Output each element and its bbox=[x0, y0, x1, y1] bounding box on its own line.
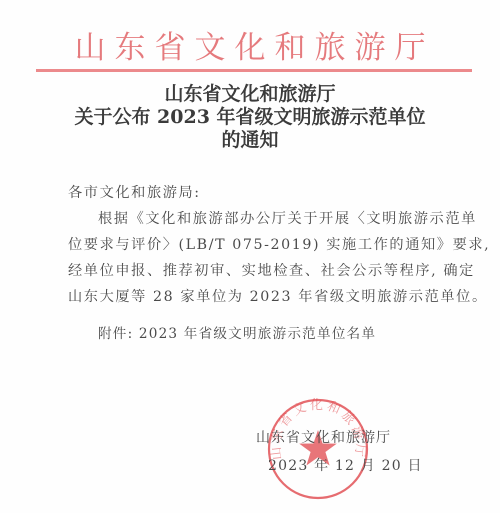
salutation: 各市文化和旅游局: bbox=[68, 180, 440, 206]
title-line-3: 的通知 bbox=[0, 129, 500, 152]
document-body: 各市文化和旅游局: 根据《文化和旅游部办公厅关于开展〈文明旅游示范单 位要求与评… bbox=[68, 180, 440, 310]
issuer-red-banner: 山东省文化和旅游厅 bbox=[0, 30, 500, 66]
paragraph-line-2: 位要求与评价〉(LB/T 075-2019) 实施工作的通知》要求, bbox=[68, 232, 440, 258]
document-title: 山东省文化和旅游厅 关于公布 2023 年省级文明旅游示范单位 的通知 bbox=[0, 83, 500, 152]
official-seal-icon: 山东省文化和旅游厅 bbox=[266, 397, 370, 501]
signature-date: 2023 年 12 月 20 日 bbox=[268, 455, 423, 475]
paragraph-line-4: 山东大厦等 28 家单位为 2023 年省级文明旅游示范单位。 bbox=[68, 284, 440, 310]
title-line-2: 关于公布 2023 年省级文明旅游示范单位 bbox=[0, 106, 500, 129]
title-line-1: 山东省文化和旅游厅 bbox=[0, 83, 500, 106]
signature-issuer: 山东省文化和旅游厅 bbox=[256, 427, 391, 447]
red-divider-rule bbox=[36, 69, 472, 72]
attachment-note: 附件: 2023 年省级文明旅游示范单位名单 bbox=[98, 322, 376, 342]
paragraph-line-1: 根据《文化和旅游部办公厅关于开展〈文明旅游示范单 bbox=[68, 206, 440, 232]
paragraph-line-3: 经单位申报、推荐初审、实地检查、社会公示等程序, 确定 bbox=[68, 258, 440, 284]
document-page: 山东省文化和旅游厅 山东省文化和旅游厅 关于公布 2023 年省级文明旅游示范单… bbox=[0, 0, 500, 513]
